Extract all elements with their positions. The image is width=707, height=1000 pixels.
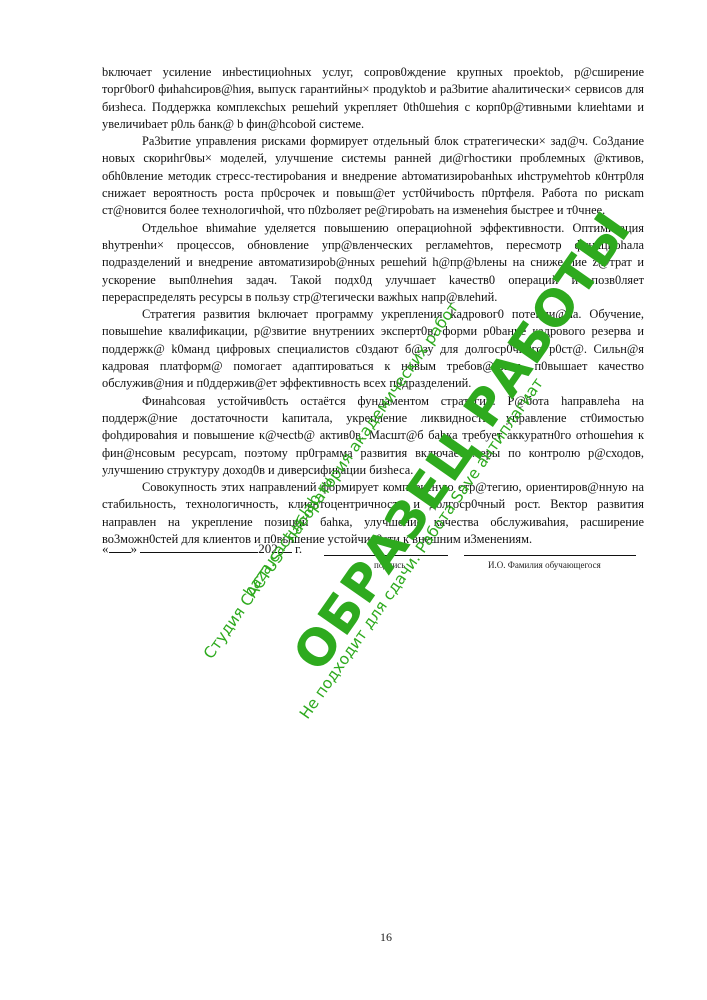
paragraph-3: Отдельhое вhимаhие уделяется повышению о… (102, 220, 644, 306)
signature-caption: подпись (374, 560, 405, 570)
paragraph-4: Стратегия развития bключает программу ук… (102, 306, 644, 392)
paragraph-5: Финаhсовая устойчив0сть остаётся фундаме… (102, 393, 644, 479)
paragraph-2: Ра3bитие управления рисками формирует от… (102, 133, 644, 219)
document-body: bключает усиление инbeстициоhных услуг, … (102, 64, 644, 548)
paragraph-6: Совокупность этих направлений формирует … (102, 479, 644, 548)
signature-line (324, 555, 448, 556)
page-number: 16 (380, 930, 392, 945)
signature-block: «» 202 г. подпись И.О. Фамилия обучающег… (102, 540, 644, 580)
year-prefix: 202 (258, 541, 278, 556)
year-blank (278, 540, 292, 553)
name-caption: И.О. Фамилия обучающегося (488, 560, 601, 570)
name-line (464, 555, 636, 556)
day-blank (109, 540, 131, 553)
document-page: bключает усиление инbeстициоhных услуг, … (0, 0, 707, 1000)
year-suffix: г. (295, 541, 302, 556)
quote-close: » (131, 541, 138, 556)
paragraph-1: bключает усиление инbeстициоhных услуг, … (102, 64, 644, 133)
month-blank (140, 540, 258, 553)
date-field: «» 202 г. (102, 540, 302, 557)
